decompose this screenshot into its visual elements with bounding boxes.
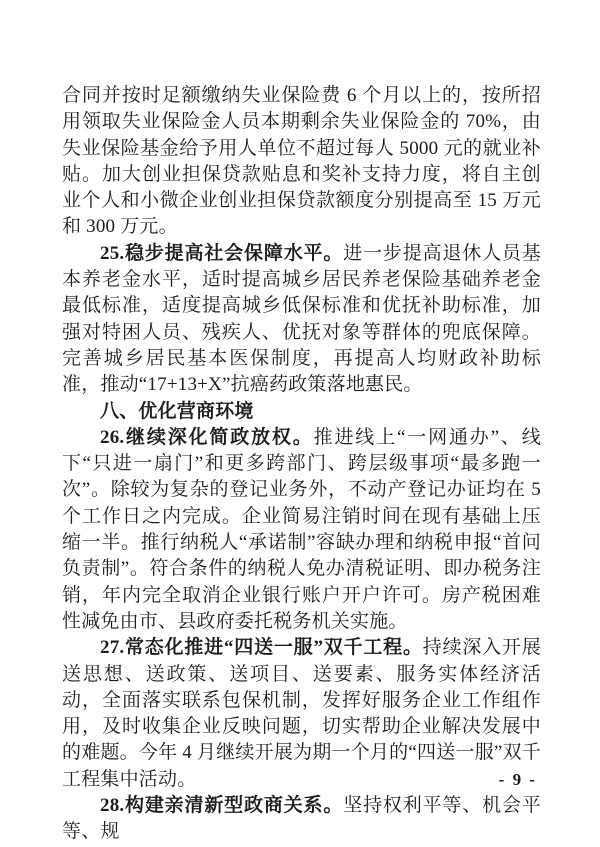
item-25-body: 进一步提高退休人员基本养老金水平，适时提高城乡居民养老保险基础养老金最低标准，适…	[62, 243, 541, 395]
section-heading-8: 八、优化营商环境	[62, 399, 541, 425]
document-page: 合同并按时足额缴纳失业保险费 6 个月以上的，按所招用领取失业保险金人员本期剩余…	[0, 0, 600, 847]
continuation-paragraph: 合同并按时足额缴纳失业保险费 6 个月以上的，按所招用领取失业保险金人员本期剩余…	[62, 83, 541, 241]
item-27-body: 持续深入开展送思想、送政策、送项目、送要素、服务实体经济活动，全面落实联系包保机…	[62, 637, 541, 789]
page-number: - 9 -	[499, 770, 537, 790]
item-26-paragraph: 26.继续深化简政放权。推进线上“一网通办”、线下“只进一扇门”和更多跨部门、跨…	[62, 425, 541, 635]
item-26-body: 推进线上“一网通办”、线下“只进一扇门”和更多跨部门、跨层级事项“最多跑一次”。…	[62, 427, 541, 632]
continuation-paragraph-text: 合同并按时足额缴纳失业保险费 6 个月以上的，按所招用领取失业保险金人员本期剩余…	[62, 85, 541, 237]
section-heading-8-text: 八、优化营商环境	[100, 401, 254, 422]
item-28-paragraph: 28.构建亲清新型政商关系。坚持权利平等、机会平等、规	[62, 793, 541, 846]
document-content: 合同并按时足额缴纳失业保险费 6 个月以上的，按所招用领取失业保险金人员本期剩余…	[62, 83, 541, 846]
item-27-title: 27.常态化推进“四送一服”双千工程。	[100, 637, 423, 658]
item-25-paragraph: 25.稳步提高社会保障水平。进一步提高退休人员基本养老金水平，适时提高城乡居民养…	[62, 241, 541, 399]
item-25-title: 25.稳步提高社会保障水平。	[100, 243, 343, 264]
item-26-title: 26.继续深化简政放权。	[100, 427, 314, 448]
item-27-paragraph: 27.常态化推进“四送一服”双千工程。持续深入开展送思想、送政策、送项目、送要素…	[62, 635, 541, 793]
item-28-title: 28.构建亲清新型政商关系。	[100, 795, 343, 816]
